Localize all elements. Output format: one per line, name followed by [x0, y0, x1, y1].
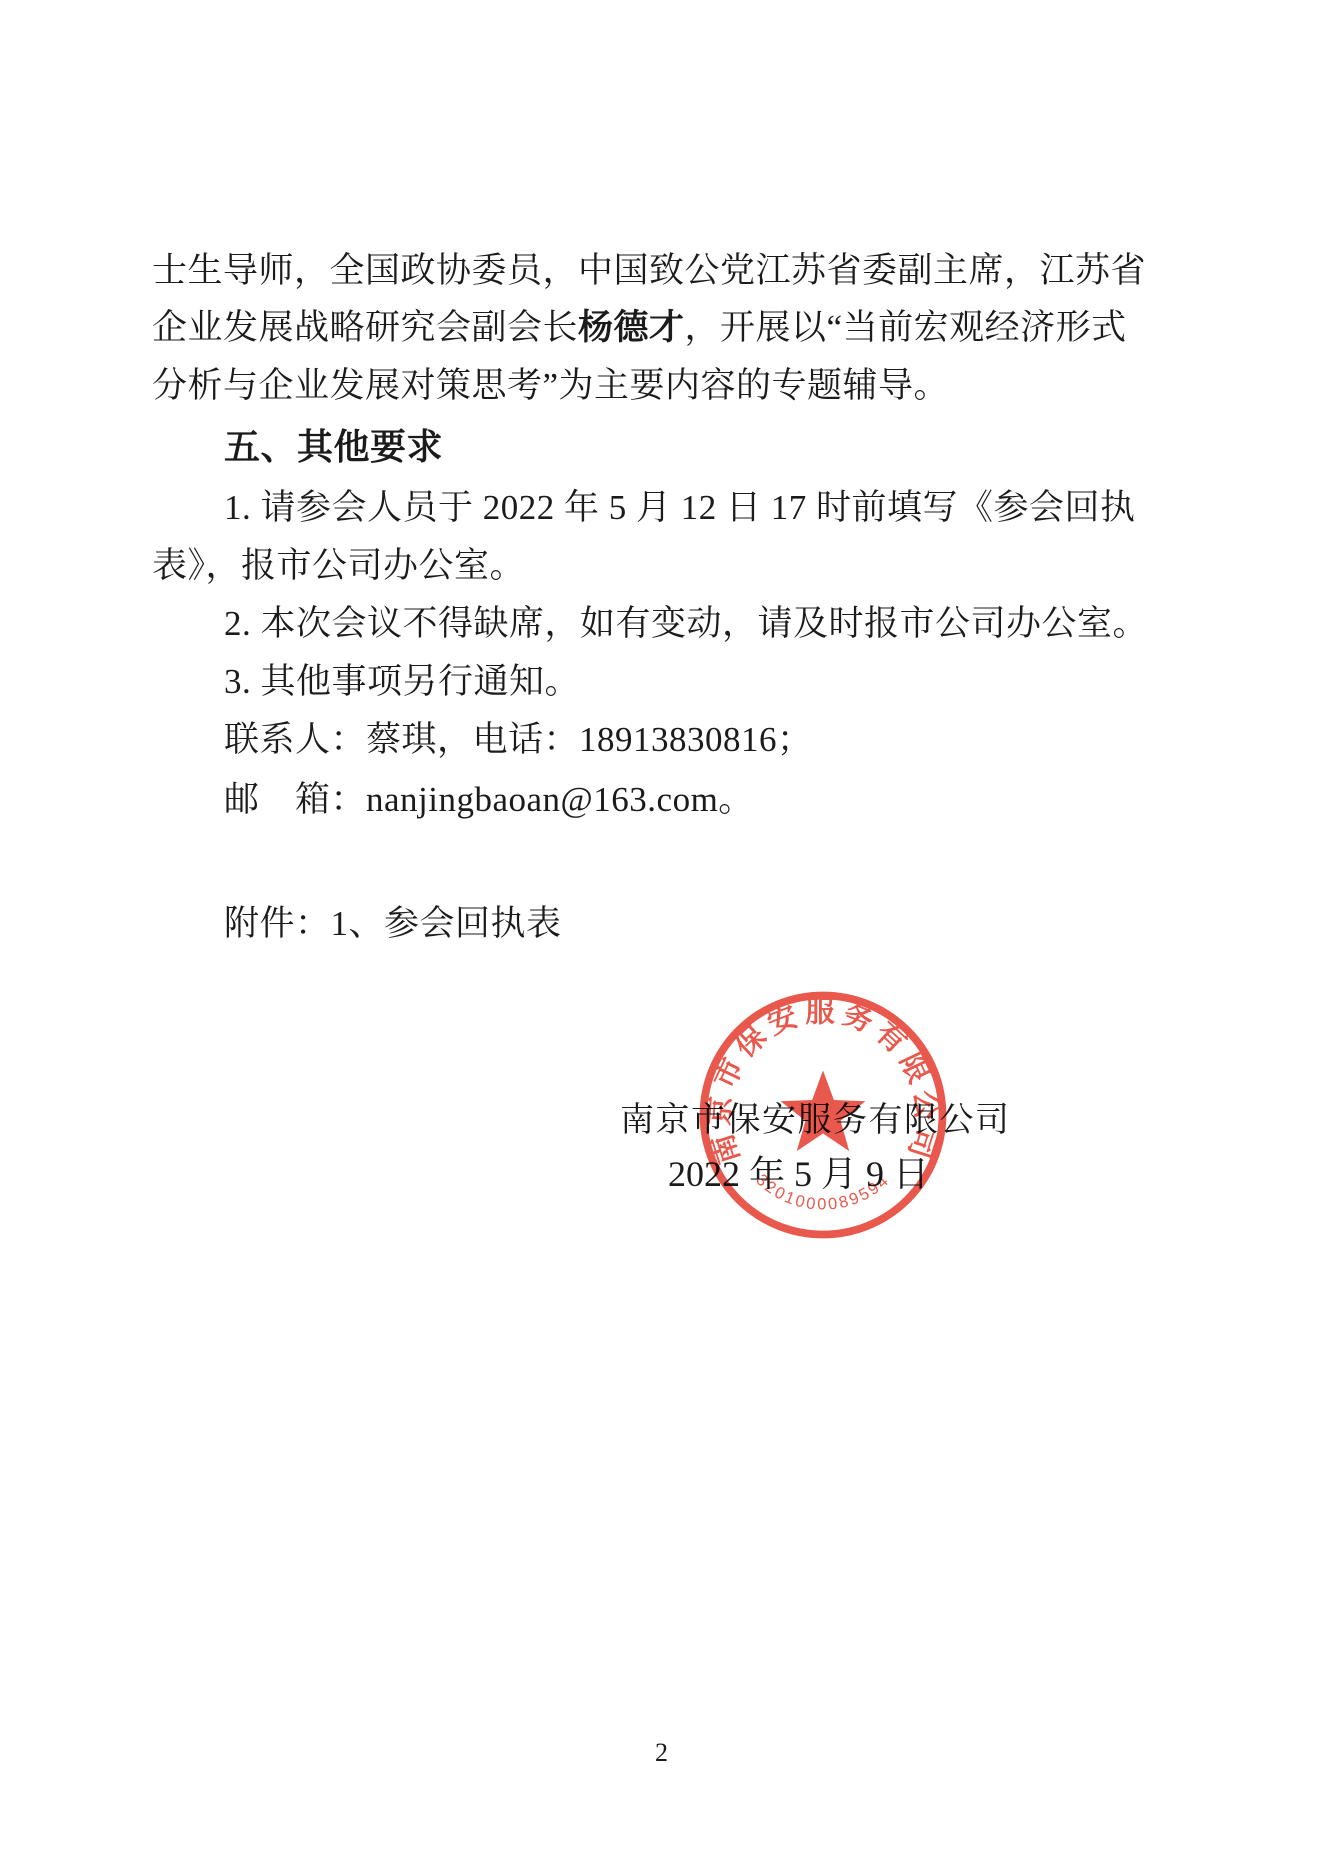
item-1-line-2: 表》，报市公司办公室。 — [152, 545, 525, 587]
seal-code-text: 3201000089594 — [752, 1171, 893, 1214]
intro-line-2: 企业发展战略研究会副会长杨德才，开展以“当前宏观经济形式 — [152, 307, 1127, 349]
intro-line-2-pre: 企业发展战略研究会副会长 — [152, 308, 578, 347]
email-line: 邮 箱：nanjingbaoan@163.com。 — [224, 779, 754, 821]
document-page: 士生导师，全国政协委员，中国致公党江苏省委副主席，江苏省 企业发展战略研究会副会… — [0, 0, 1323, 1871]
seal-graphic: 南京市保安服务有限公司 3201000089594 — [687, 979, 959, 1251]
item-1-line-1: 1. 请参会人员于 2022 年 5 月 12 日 17 时前填写《参会回执 — [224, 487, 1136, 529]
item-2: 2. 本次会议不得缺席，如有变动，请及时报市公司办公室。 — [224, 603, 1148, 645]
intro-line-2-post: ，开展以“当前宏观经济形式 — [685, 308, 1127, 347]
intro-line-3: 分析与企业发展对策思考”为主要内容的专题辅导。 — [152, 365, 949, 407]
contact-line: 联系人：蔡琪，电话：18913830816； — [224, 719, 813, 761]
attachment-line: 附件：1、参会回执表 — [224, 903, 562, 945]
star-icon — [781, 1070, 866, 1151]
expert-name: 杨德才 — [578, 308, 685, 347]
page-number: 2 — [0, 1738, 1323, 1768]
company-seal-stamp: 南京市保安服务有限公司 3201000089594 — [687, 979, 959, 1251]
section-heading: 五、其他要求 — [224, 426, 443, 469]
item-3: 3. 其他事项另行通知。 — [224, 661, 580, 703]
intro-line-1: 士生导师，全国政协委员，中国致公党江苏省委副主席，江苏省 — [152, 250, 1146, 292]
